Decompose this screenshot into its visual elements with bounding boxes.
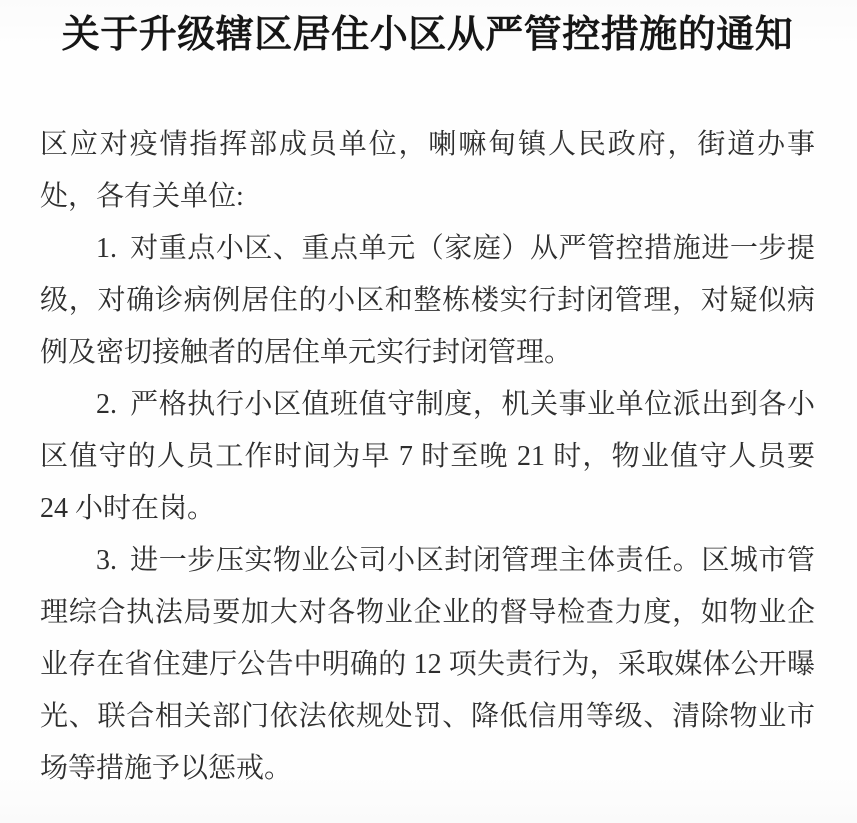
paragraph-1-number: 1. [96,233,117,264]
paragraph-3: 3.进一步压实物业公司小区封闭管理主体责任。区城市管理综合执法局要加大对各物业企… [40,535,815,795]
paragraph-3-text: 进一步压实物业公司小区封闭管理主体责任。区城市管理综合执法局要加大对各物业企业的… [40,545,815,784]
paragraph-2-text: 严格执行小区值班值守制度，机关事业单位派出到各小区值守的人员工作时间为早 7 时… [40,389,815,524]
document-title: 关于升级辖区居住小区从严管控措施的通知 [40,13,815,57]
paragraph-1: 1.对重点小区、重点单元（家庭）从严管控措施进一步提级，对确诊病例居住的小区和整… [40,223,815,379]
paragraph-2: 2.严格执行小区值班值守制度，机关事业单位派出到各小区值守的人员工作时间为早 7… [40,379,815,535]
salutation: 区应对疫情指挥部成员单位，喇嘛甸镇人民政府，街道办事处，各有关单位: [40,119,815,223]
document-body: 区应对疫情指挥部成员单位，喇嘛甸镇人民政府，街道办事处，各有关单位: 1.对重点… [40,119,815,795]
paragraph-2-number: 2. [96,389,117,420]
paragraph-3-number: 3. [96,545,117,576]
notice-document: 关于升级辖区居住小区从严管控措施的通知 区应对疫情指挥部成员单位，喇嘛甸镇人民政… [0,0,857,823]
paragraph-1-text: 对重点小区、重点单元（家庭）从严管控措施进一步提级，对确诊病例居住的小区和整栋楼… [40,233,815,368]
